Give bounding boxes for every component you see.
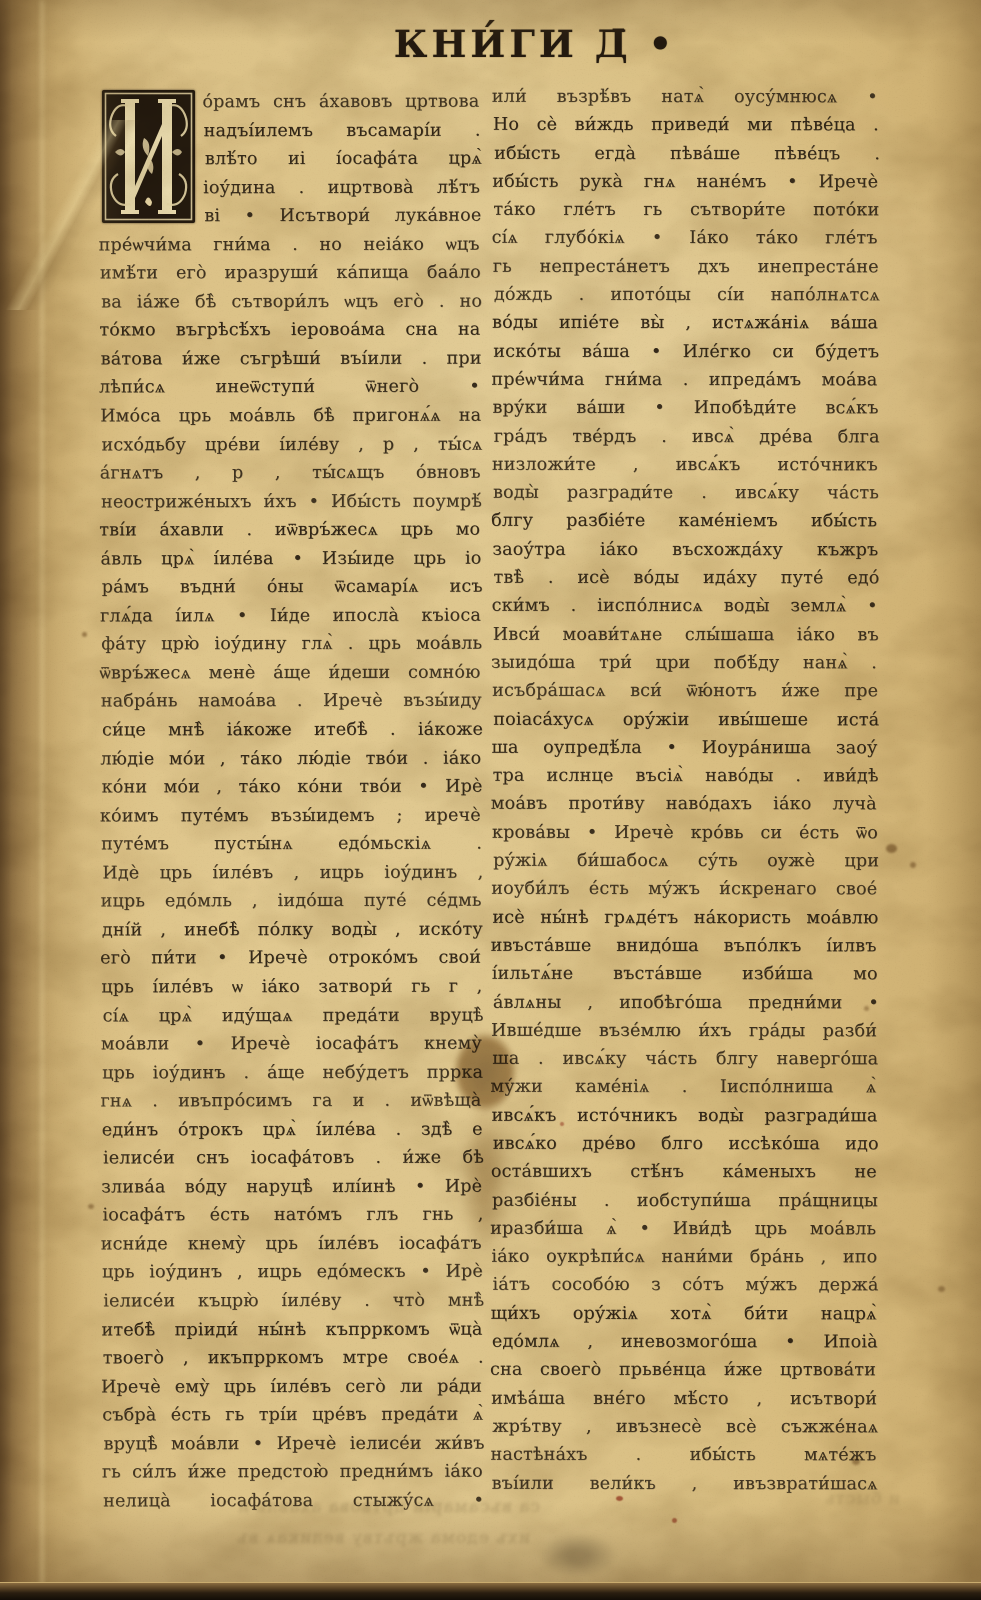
text-line: ивъста́вше внидо́ша въпо́лкъ і́илвъ: [491, 932, 877, 961]
text-line: вру́ки ва́ши • Ипобѣди́те всѧ́къ: [493, 394, 879, 423]
text-line: ру́жіѧ би́шабосѧ су́ть оужѐ цри: [493, 847, 879, 876]
text-line: ша . ивсѧ́ку ча́сть блгу наверго́ша: [492, 1045, 878, 1074]
book-bottom-edge: [0, 1582, 981, 1600]
text-line: ибы́сть рука̀ гнѧ нане́мъ • Иречѐ: [492, 168, 878, 197]
text-line: пре́ѡчи́ма гни́ма . ипреда́мъ моа́ва: [491, 366, 877, 395]
text-column-right: или́ възрѣ́въ натѧ̀ оусу́мнюсѧ •Но сѐ ви…: [491, 83, 879, 1498]
text-line: крова́вы • Иречѐ кро́вь си е́сть ѿо: [492, 818, 878, 847]
text-line: црь і́иле́въ ѡ іа́ко затвори́ гь г ,: [101, 973, 482, 1002]
text-line: неостриже́ныхъ и́хъ • Ибы́сть поумрѣ́: [101, 487, 482, 516]
text-line: поіаса́хусѧ ору́жіи ивы́шеше иста́: [493, 705, 879, 734]
text-line: лю́діе мо́и , та́ко лю́діе тво́и . іа́ко: [100, 744, 481, 773]
text-line: ра́мъ въдни́ о́ны ѿсамарі́ѧ исъ: [102, 573, 483, 602]
text-line: ша оупредѣ́ла • Иоура́ниша заоу́: [491, 734, 877, 763]
woodcut-initial-graphic: [102, 90, 195, 223]
text-line: Ивси́ моави́тѧне слы́шаша іа́ко въ: [493, 620, 879, 649]
text-line: настѣна́хъ . ибы́сть мѧте́жъ: [490, 1441, 876, 1470]
text-line: то́кмо въгрѣсѣ́хъ іеровоа́ма сна на: [99, 316, 480, 345]
text-line: сна своего̀ прьве́нца и́же цртвова́ти: [490, 1356, 876, 1385]
text-line: иско́ты ва́ша • Иле́гко си бу́детъ: [493, 337, 879, 366]
text-line: дні́й , инебѣ̀ по́лку воды̀ , иско́ту: [102, 915, 483, 944]
text-line: Ивше́дше възе́млю и́хъ гра́ды разби́: [491, 1017, 877, 1046]
text-line: исъбра́шасѧ вси́ ѿю́нотъ и́же пре: [492, 677, 878, 706]
text-line: твоего̀ , икъпрркомъ мтре свое́ѧ .: [103, 1344, 484, 1373]
text-line: иразби́ша ѧ̀ • Иви́дѣ црь моа́вль: [490, 1215, 876, 1244]
text-line: моа́вли • Иречѐ іосафа́тъ кнему̀: [101, 1030, 482, 1059]
stain-speck: [886, 844, 897, 853]
text-line: оста́вшихъ стѣ́нъ ка́меныхъ не: [491, 1158, 877, 1187]
text-line: ицрь едо́мль , іидо́ша путе́ се́дмь: [101, 887, 482, 916]
text-line: имѣ́ти его̀ иразруши́ ка́пища баа́ло: [100, 259, 481, 288]
text-line: исхо́дьбу цре́ви і́иле́ву , р , ты́сѧ: [101, 430, 482, 459]
text-line: моа́въ проти́ву наво́дахъ іа́ко луча̀: [491, 790, 877, 819]
text-line: заоу́тра іа́ко въсхожда́ху къжръ: [492, 535, 878, 564]
red-speck: [672, 1518, 677, 1523]
text-line: іелисе́и снъ іосафа́товъ . и́же бѣ: [103, 1144, 484, 1173]
text-line: си́це мнѣ̀ іа́коже итебѣ̀ . іа́коже: [102, 716, 483, 745]
text-line: нелица̀ іосафа́това стыжу́сѧ •: [103, 1486, 484, 1515]
text-line: низложи́те , ивсѧ́къ исто́чникъ: [492, 451, 878, 480]
text-line: разбіе́ны . иобступи́ша пра́щницы: [492, 1186, 878, 1215]
text-line: ва іа́же бѣ̀ сътвори́лъ ѡцъ его̀ . но: [101, 287, 482, 316]
text-line: Но сѐ ви́ждь приведи́ ми пѣве́ца .: [493, 111, 879, 140]
manuscript-page: са въсамаріи цртвова ахавль и ихъ едома …: [0, 0, 981, 1600]
text-line: глѧ́да і́илѧ • Іи́де ипосла̀ къіоса: [100, 601, 481, 630]
text-line: му́жи каме́ніѧ . Іиспо́лниша ѧ̀: [490, 1073, 876, 1102]
page-title: КНИ́ГИ Д̄ •: [100, 22, 970, 66]
text-column-left: о́рамъ снъ а́хавовъ цртвованадъі́илемъ в…: [100, 88, 484, 1516]
text-line: събра̀ е́сть гь трі́и цре́въ преда́ти ѧ̀: [102, 1401, 483, 1430]
text-line: лѣпи́сѧ инеѿступи́ ѿнего̀ •: [99, 373, 480, 402]
ink-smudge: [538, 1532, 618, 1578]
text-line: имѣа́ша вне́го мѣ́сто , исътвори́: [491, 1384, 877, 1413]
text-line: ибы́сть егда̀ пѣва́ше пѣве́цъ .: [494, 139, 880, 168]
text-line: ѿвръ́жесѧ менѐ а́ще и́деши сомно́ю: [100, 659, 481, 688]
text-line: въі́или вели́къ , ивъзврати́шасѧ: [492, 1469, 878, 1498]
text-line: іа́ко оукрѣпи́сѧ нани́ми бра́нь , ипо: [491, 1243, 877, 1272]
stain-speck: [910, 862, 916, 868]
text-line: іелисе́и къцрю̀ і́иле́ву . что̀ мнѣ̀: [103, 1287, 484, 1316]
text-line: црь іоу́динъ , ицрь едо́мескъ • Ирѐ: [102, 1258, 483, 1287]
paper-right-edge: [926, 0, 981, 1600]
stain-speck: [82, 632, 87, 637]
text-line: а́вль црѧ̀ і́иле́ва • Изы́иде црь іо: [100, 544, 481, 573]
showthrough-text: ихъ едома жрътву великаѧ въ: [149, 1528, 530, 1548]
text-line: воды̀ разгради́те . ивсѧ́ку ча́сть: [493, 479, 879, 508]
text-line: Идѐ црь і́иле́въ , ицрь іоу́динъ ,: [102, 858, 483, 887]
text-line: пре́ѡчи́ма гни́ма . но неіа́ко ѡцъ: [99, 230, 480, 259]
text-line: едо́млѧ , иневозмого́ша • Ипоіа̀: [492, 1328, 878, 1357]
text-line: црь іоу́динъ . а́ще небу́детъ пррка: [102, 1058, 483, 1087]
text-line: сі́ѧ глубо́кіѧ • Іа́ко та́ко гле́тъ: [492, 224, 878, 253]
text-line: а́влѧны , ипобѣго́ша предни́ми •: [493, 988, 879, 1017]
text-line: гь си́лъ и́же предстою̀ предни́мъ іа́ко: [102, 1458, 483, 1487]
text-line: Имо́са црь моа́вль бѣ̀ пригонѧ́ѧ на: [100, 402, 481, 431]
text-line: ски́мъ . іиспо́лнисѧ воды̀ землѧ̀ •: [492, 592, 878, 621]
text-line: ивсѧ́ко дре́во блго иссѣко́ша идо: [493, 1130, 879, 1159]
stain-speck: [88, 1204, 94, 1209]
text-line: исни́де кнему̀ црь і́иле́въ іосафа́тъ: [101, 1229, 482, 1258]
text-line: его̀ пи́ти • Иречѐ отроко́мъ свои́: [100, 944, 481, 973]
text-line: исѐ ны́нѣ грѧде́тъ на́користь моа́влю: [492, 903, 878, 932]
text-line: іосафа́тъ е́сть нато́мъ глъ гнь ,: [102, 1201, 483, 1230]
text-line: твѣ̀ . исѐ во́ды ида́ху путе́ едо́: [493, 564, 879, 593]
text-line: тві́и а́хавли . иѿвръ́жесѧ црь мо: [99, 516, 480, 545]
text-line: та́ко гле́тъ гь сътвори́те пото́ки: [493, 196, 879, 225]
text-line: ивсѧ́къ исто́чникъ воды̀ разгради́ша: [492, 1101, 878, 1130]
text-line: гь непреста́нетъ дхъ инепреста́не: [493, 253, 879, 282]
text-line: ко́ни мо́и , та́ко ко́ни тво́и • Ирѐ: [102, 773, 483, 802]
text-line: фа́ту црю̀ іоу́дину глѧ̀ . црь моа́вль: [101, 630, 482, 659]
text-line: во́ды ипіе́те вы̀ , истѧжа́ніѧ ва́ша: [492, 309, 878, 338]
text-line: еди́нъ о́трокъ црѧ̀ і́иле́ва . здѣ̀ е: [102, 1115, 483, 1144]
text-line: зыидо́ша три́ цри побѣ́ду нанѧ̀ .: [491, 649, 877, 678]
text-line: или́ възрѣ́въ натѧ̀ оусу́мнюсѧ •: [492, 83, 878, 112]
text-line: ко́имъ путе́мъ възы́идемъ ; иречѐ: [100, 801, 481, 830]
text-line: блгу разбіе́те каме́ніемъ ибы́сть: [491, 507, 877, 536]
text-line: набра́нь намоа́ва . Иречѐ възы́иду: [101, 687, 482, 716]
text-line: і́ильтѧ́не въста́вше изби́ша мо: [492, 960, 878, 989]
text-line: сі́ѧ црѧ̀ иду́щаѧ преда́ти вруцѣ̀: [103, 1001, 484, 1030]
text-line: тра ислнце въсіѧ̀ наво́ды . иви́дѣ: [493, 762, 879, 791]
ornate-initial-letter-icon: [102, 90, 195, 223]
text-line: злива́а во́ду наруцѣ̀ илі́инѣ • Ирѐ: [101, 1172, 482, 1201]
text-line: иоуби́лъ е́сть му́жъ и́скренаго свое́: [491, 875, 877, 904]
text-line: жръ́тву , ивъзнесѐ всѐ съжже́наѧ: [492, 1413, 878, 1442]
text-line: гра́дъ тве́рдъ . ивсѧ̀ дре́ва блга: [494, 422, 880, 451]
text-line: до́ждь . ипото́цы сі́и напо́лнѧтсѧ: [494, 281, 880, 310]
text-line: щи́хъ ору́жіѧ хотѧ̀ би́ти нацрѧ̀: [491, 1299, 877, 1328]
text-line: вруцѣ̀ моа́вли • Иречѐ іелисе́и жи́въ: [104, 1429, 485, 1458]
text-line: а́гнѧтъ , р , ты́сѧщъ о́вновъ: [100, 459, 481, 488]
text-line: путе́мъ пусты́нѧ едо́мьскіѧ .: [101, 830, 482, 859]
text-line: гнѧ . ивъпро́симъ га и . иѿвѣща̀: [100, 1087, 481, 1116]
text-line: Иречѐ ему̀ црь і́иле́въ сего̀ ли ра́ди: [101, 1372, 482, 1401]
text-line: ва́това и́же съгрѣши́ въі́или . при: [101, 345, 482, 374]
text-line: итебѣ̀ пріиди́ ны́нѣ къпрркомъ ѿца̀: [101, 1315, 482, 1344]
stain-speck: [938, 1286, 945, 1292]
text-line: іа́тъ сособо́ю з со́тъ му́жъ держа́: [492, 1271, 878, 1300]
paper-edge-highlight: [40, 0, 44, 1600]
